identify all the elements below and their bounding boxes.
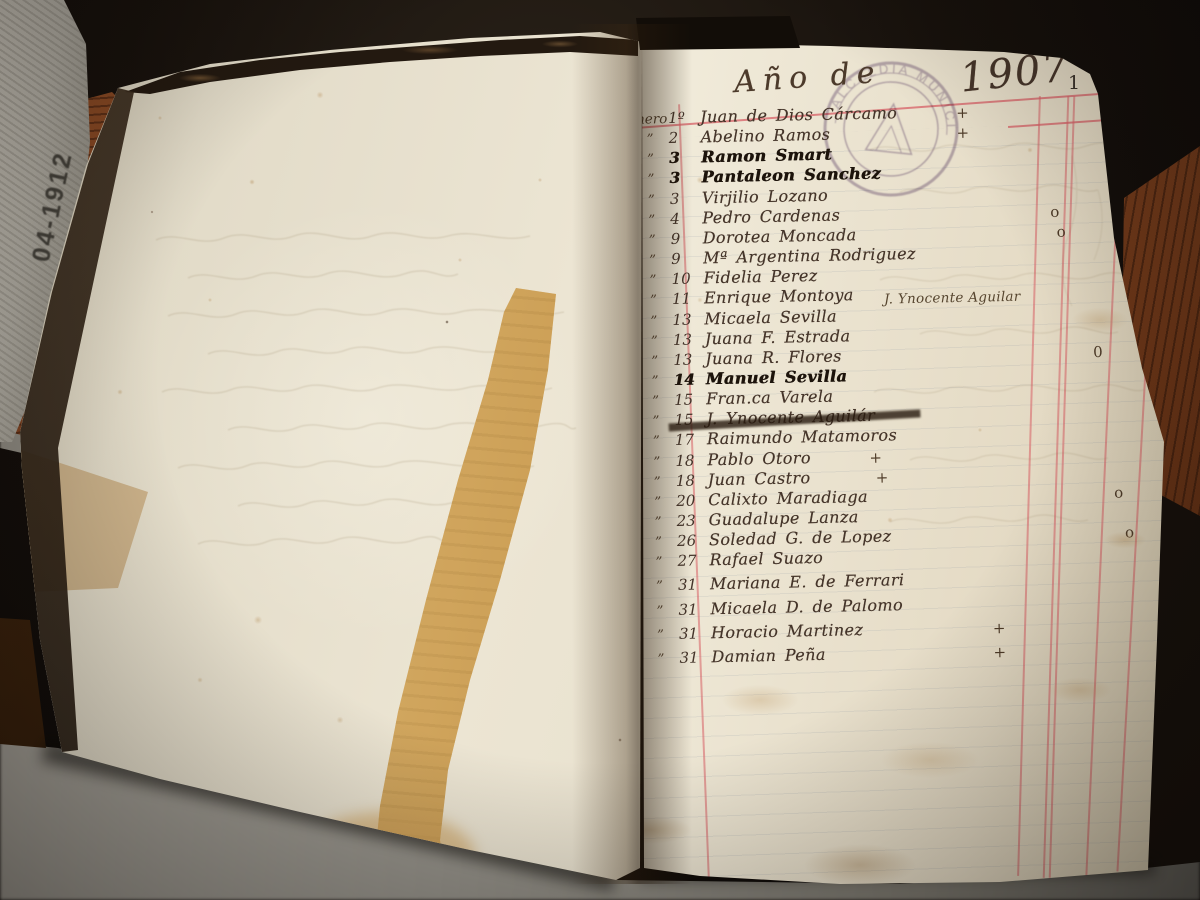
red-thread bbox=[66, 0, 74, 6]
gutter-shadow bbox=[572, 24, 692, 884]
photo-scene: 04-1912 bbox=[0, 0, 1200, 900]
